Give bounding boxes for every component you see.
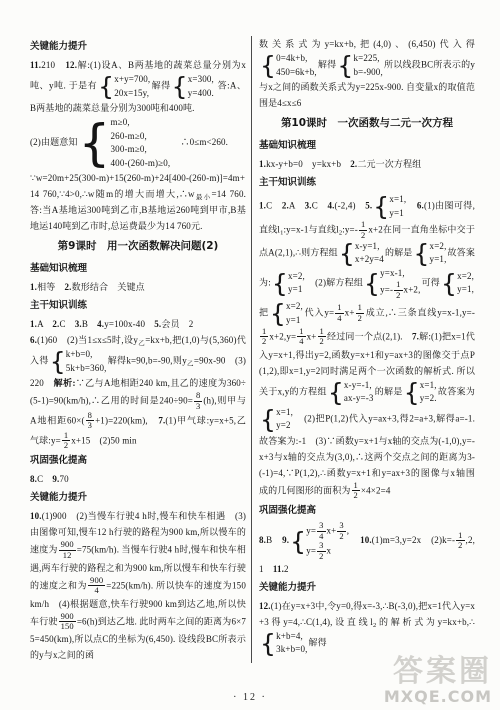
left-brace-glyph: { bbox=[272, 273, 288, 294]
fraction-denominator: 4 bbox=[88, 586, 105, 595]
section-heading: 第10课时 一次函数与二元一次方程 bbox=[259, 112, 475, 135]
problem-number: 7. bbox=[158, 415, 165, 425]
answer-paragraph: 8.B 9.{y=34x+32,y=32x 10.(1)m=3,y=2x (2)… bbox=[259, 521, 475, 576]
fraction: 12 bbox=[456, 531, 464, 551]
equation-system: {x-y=1,x+2y=4 bbox=[339, 240, 384, 267]
equation-line: y=34x+32, bbox=[306, 521, 349, 541]
fraction: 32 bbox=[317, 541, 325, 561]
fraction-denominator: 2 bbox=[62, 441, 70, 450]
equation-system: {x=300,y=400. bbox=[172, 73, 214, 100]
answer-paragraph: 12.(1)在y=x+3中,令y=0,得x=-3,∴B(-3,0),把x=1代入… bbox=[259, 598, 475, 657]
problem-number: 8. bbox=[30, 474, 37, 484]
equation-system: {x=2,y=1, bbox=[441, 270, 474, 297]
equation-line: k=225, bbox=[353, 52, 382, 66]
equation-stack: x+y=700,20x=15y, bbox=[114, 73, 150, 100]
equation-system: {x=2,y=1, bbox=[413, 240, 446, 267]
left-brace-glyph: { bbox=[337, 55, 353, 76]
equation-stack: x=2,y=1, bbox=[430, 240, 447, 267]
equation-line: y=1 bbox=[286, 314, 303, 328]
fraction: 14 bbox=[297, 327, 305, 347]
problem-number: 2. bbox=[282, 201, 289, 211]
section-heading: 巩固强化提高 bbox=[259, 501, 475, 520]
workbook-answer-page: 关键能力提升11.210 12.解:(1)设A、B两基地的蔬菜总量分别为x吨、y… bbox=[0, 0, 500, 710]
fraction: 12 bbox=[394, 280, 402, 300]
equation-stack: m≥0,260-m≥0,300-m≥0,400-(260-m)≥0, bbox=[111, 116, 171, 170]
fraction: 12 bbox=[62, 431, 70, 451]
section-heading: 关键能力提升 bbox=[30, 488, 246, 507]
answer-paragraph: 6.(1)60 (2)当1≤x≤5时,设y乙=kx+b,把(1,0)与(5,36… bbox=[30, 332, 246, 450]
equation-line: ax-y=-3 bbox=[344, 392, 374, 406]
equation-line: x=1, bbox=[389, 193, 406, 207]
equation-system: {x=1,y=1 bbox=[373, 193, 406, 220]
fraction-denominator: 2 bbox=[260, 337, 268, 346]
equation-line: x=1, bbox=[420, 379, 437, 393]
section-heading: 关键能力提升 bbox=[259, 578, 475, 597]
answer-paragraph: ∵w=20m+25(300-m)+15(260-m)+24[400-(260-m… bbox=[30, 170, 246, 234]
problem-number: 6. bbox=[30, 335, 37, 345]
equation-system: {x-y=-1,ax-y=-3 bbox=[328, 379, 374, 406]
equation-line: k+b=0, bbox=[66, 348, 107, 362]
two-column-layout: 关键能力提升11.210 12.解:(1)设A、B两基地的蔬菜总量分别为x吨、y… bbox=[30, 36, 480, 663]
equation-line: x=2, bbox=[286, 300, 303, 314]
problem-number: 1. bbox=[30, 282, 37, 292]
fraction-denominator: 2 bbox=[394, 291, 402, 300]
equation-system: {x=2,y=1 bbox=[270, 300, 303, 327]
problem-number: 4. bbox=[327, 201, 334, 211]
section-heading: 巩固强化提高 bbox=[30, 451, 246, 470]
left-brace-glyph: { bbox=[260, 633, 276, 654]
equation-system: {k+b=4,3k+b=0, bbox=[260, 630, 308, 657]
problem-number: 4. bbox=[97, 319, 104, 329]
equation-line: y=1 bbox=[389, 207, 406, 221]
equation-system: {y=34x+32,y=32x bbox=[290, 521, 349, 560]
equation-line: y=400. bbox=[188, 87, 214, 101]
left-brace-glyph: { bbox=[373, 196, 389, 217]
fraction: 12 bbox=[318, 327, 326, 347]
fraction-denominator: 2 bbox=[352, 491, 360, 500]
fraction: 83 bbox=[194, 391, 202, 411]
answer-paragraph: 1.相等 2.数形结合 关键点 bbox=[30, 279, 246, 295]
equation-line: 400-(260-m)≥0, bbox=[111, 157, 171, 171]
equation-line: x+2y=4 bbox=[355, 253, 384, 267]
fraction-denominator: 150 bbox=[59, 622, 76, 631]
equation-line: x=2, bbox=[430, 240, 447, 254]
left-brace-glyph: { bbox=[270, 303, 286, 324]
equation-line: x=2, bbox=[288, 270, 305, 284]
equation-stack: x-y=1,x+2y=4 bbox=[355, 240, 384, 267]
problem-number: 5. bbox=[154, 319, 161, 329]
equation-system: {x=1,y=2 bbox=[260, 406, 293, 433]
left-brace-glyph: { bbox=[172, 76, 188, 97]
left-brace-glyph: { bbox=[50, 351, 66, 372]
equation-line: m≥0, bbox=[111, 116, 171, 130]
equation-line: y=-12x+2, bbox=[380, 280, 420, 300]
equation-system: {y=x-1,y=-12x+2, bbox=[364, 267, 420, 300]
equation-line: 260-m≥0, bbox=[111, 130, 171, 144]
problem-number: 8. bbox=[259, 535, 266, 545]
left-brace-glyph: { bbox=[413, 243, 429, 264]
equation-line: 5k+b=360, bbox=[66, 362, 107, 376]
equation-line: k+b=4, bbox=[276, 630, 307, 644]
problem-number: 3. bbox=[305, 201, 312, 211]
answer-paragraph: 1.C 2.A 3.C 4.(-2,4) 5.{x=1,y=1 6.(1)由图可… bbox=[259, 193, 475, 500]
equation-line: y=2 bbox=[276, 419, 293, 433]
equation-stack: x=300,y=400. bbox=[188, 73, 214, 100]
problem-number: 5. bbox=[365, 201, 372, 211]
answer-paragraph: (2)由题意知{m≥0,260-m≥0,300-m≥0,400-(260-m)≥… bbox=[30, 116, 246, 170]
answer-paragraph: 数关系式为y=kx+b,把(4,0)、(6,450)代入得{0=4k+b,450… bbox=[259, 36, 475, 111]
fraction-denominator: 3 bbox=[194, 402, 202, 411]
equation-stack: y=34x+32,y=32x bbox=[306, 521, 349, 560]
equation-line: x-y=1, bbox=[355, 240, 384, 254]
equation-stack: x=1,y=2 bbox=[276, 406, 293, 433]
equation-stack: k=225,b=-900, bbox=[353, 52, 382, 79]
equation-line: 20x=15y, bbox=[114, 87, 150, 101]
left-brace-glyph: { bbox=[79, 122, 111, 165]
fraction-denominator: 12 bbox=[59, 551, 76, 560]
fraction-numerator: 1 bbox=[359, 220, 367, 230]
problem-number: 12. bbox=[259, 601, 271, 611]
equation-system: {x=1,y=2. bbox=[404, 379, 437, 406]
answer-paragraph: 1.A 2.C 3.B 4.y=100x-40 5.会员 2 bbox=[30, 316, 246, 332]
problem-number: 10. bbox=[360, 535, 372, 545]
equation-line: y=1, bbox=[430, 253, 447, 267]
left-column: 关键能力提升11.210 12.解:(1)设A、B两基地的蔬菜总量分别为x吨、y… bbox=[30, 36, 246, 663]
equation-line: y=2. bbox=[420, 392, 437, 406]
equation-stack: x=2,y=1 bbox=[286, 300, 303, 327]
equation-stack: k+b=4,3k+b=0, bbox=[276, 630, 307, 657]
equation-line: y=x-1, bbox=[380, 267, 420, 281]
problem-number: 11. bbox=[273, 564, 284, 574]
answer-paragraph: 10.(1)900 (2)当慢车行驶4 h时,慢车和快车相遇 (3)由图像可知,… bbox=[30, 508, 246, 663]
subscript: 1 bbox=[280, 229, 283, 236]
fraction-denominator: 2 bbox=[318, 337, 326, 346]
fraction: 90012 bbox=[59, 540, 76, 560]
problem-number: 12. bbox=[65, 60, 77, 70]
section-heading: 主干知识训练 bbox=[30, 296, 246, 315]
problem-number: 1. bbox=[30, 319, 37, 329]
equation-line: x=1, bbox=[276, 406, 293, 420]
equation-line: y=1, bbox=[457, 283, 474, 297]
equation-stack: k+b=0,5k+b=360, bbox=[66, 348, 107, 375]
equation-stack: x=1,y=1 bbox=[389, 193, 406, 220]
equation-line: 300-m≥0, bbox=[111, 143, 171, 157]
fraction-denominator: 2 bbox=[356, 314, 364, 323]
equation-line: x=2, bbox=[457, 270, 474, 284]
equation-line: y=32x bbox=[306, 541, 349, 561]
equation-line: 3k+b=0, bbox=[276, 643, 307, 657]
equation-line: 450=6k+b, bbox=[276, 66, 317, 80]
left-brace-glyph: { bbox=[364, 273, 380, 294]
problem-number: 2. bbox=[350, 159, 357, 169]
fraction-denominator: 2 bbox=[317, 552, 325, 561]
equation-system: {k+b=0,5k+b=360, bbox=[50, 348, 107, 375]
left-brace-glyph: { bbox=[260, 409, 276, 430]
problem-number: 10. bbox=[30, 511, 42, 521]
fraction: 32 bbox=[337, 521, 345, 541]
fraction: 9004 bbox=[88, 576, 105, 596]
left-brace-glyph: { bbox=[441, 273, 457, 294]
fraction-denominator: 4 bbox=[297, 337, 305, 346]
problem-number: 1. bbox=[259, 201, 266, 211]
left-brace-glyph: { bbox=[339, 243, 355, 264]
right-column: 数关系式为y=kx+b,把(4,0)、(6,450)代入得{0=4k+b,450… bbox=[259, 36, 475, 663]
fraction-denominator: 2 bbox=[456, 541, 464, 550]
fraction-denominator: 2 bbox=[359, 231, 367, 240]
section-heading: 基础知识梳理 bbox=[30, 259, 246, 278]
fraction-denominator: 2 bbox=[337, 532, 345, 541]
fraction: 34 bbox=[317, 521, 325, 541]
subscript: 乙 bbox=[187, 361, 194, 368]
fraction: 12 bbox=[352, 481, 360, 501]
problem-number: 1. bbox=[259, 159, 266, 169]
subscript: 2 bbox=[339, 229, 342, 236]
equation-system: {0=4k+b,450=6k+b, bbox=[260, 52, 317, 79]
left-brace-glyph: { bbox=[290, 531, 306, 552]
answer-paragraph: 1.kx-y+b=0 y=kx+b 2.二元一次方程组 bbox=[259, 156, 475, 172]
section-heading: 主干知识训练 bbox=[259, 173, 475, 192]
equation-line: x-y=-1, bbox=[344, 379, 374, 393]
section-heading: 关键能力提升 bbox=[30, 37, 246, 56]
fraction-denominator: 3 bbox=[86, 421, 94, 430]
problem-number: 11. bbox=[30, 60, 41, 70]
equation-line: y=1 bbox=[288, 283, 305, 297]
equation-line: b=-900, bbox=[353, 66, 382, 80]
section-heading: 第9课时 用一次函数解决问题(2) bbox=[30, 235, 246, 258]
subscript: 最小 bbox=[195, 194, 212, 201]
equation-system: {x+y=700,20x=15y, bbox=[98, 73, 150, 100]
left-brace-glyph: { bbox=[98, 76, 114, 97]
problem-number: 6. bbox=[417, 201, 424, 211]
equation-system: {m≥0,260-m≥0,300-m≥0,400-(260-m)≥0, bbox=[79, 116, 171, 170]
column-divider bbox=[251, 36, 252, 663]
fraction: 12 bbox=[260, 327, 268, 347]
fraction-denominator: 4 bbox=[335, 314, 343, 323]
fraction: 12 bbox=[356, 303, 364, 323]
equation-stack: x-y=-1,ax-y=-3 bbox=[344, 379, 374, 406]
equation-stack: x=1,y=2. bbox=[420, 379, 437, 406]
fraction: 83 bbox=[86, 411, 94, 431]
equation-system: {k=225,b=-900, bbox=[337, 52, 382, 79]
problem-number: 9. bbox=[282, 535, 289, 545]
problem-number: 3. bbox=[75, 319, 82, 329]
equation-stack: x=2,y=1, bbox=[457, 270, 474, 297]
subscript: 乙 bbox=[138, 340, 145, 347]
fraction-numerator: 3 bbox=[317, 541, 325, 551]
section-heading: 基础知识梳理 bbox=[259, 136, 475, 155]
page-number: · 12 · bbox=[0, 692, 500, 703]
fraction: 14 bbox=[335, 303, 343, 323]
equation-line: 0=4k+b, bbox=[276, 52, 317, 66]
problem-number: 2. bbox=[52, 319, 59, 329]
problem-number: 7. bbox=[412, 331, 419, 341]
equation-line: x=300, bbox=[188, 73, 214, 87]
problem-number: 2. bbox=[65, 282, 72, 292]
equation-stack: y=x-1,y=-12x+2, bbox=[380, 267, 420, 300]
answer-paragraph: 11.210 12.解:(1)设A、B两基地的蔬菜总量分别为x吨、y吨. 于是有… bbox=[30, 57, 246, 116]
problem-number: 9. bbox=[52, 474, 59, 484]
answer-paragraph: 8.C 9.70 bbox=[30, 471, 246, 487]
subscript: 2 bbox=[373, 622, 376, 629]
left-brace-glyph: { bbox=[260, 55, 276, 76]
fraction: 12 bbox=[359, 220, 367, 240]
left-brace-glyph: { bbox=[404, 382, 420, 403]
fraction: 900150 bbox=[59, 612, 76, 632]
equation-line: x+y=700, bbox=[114, 73, 150, 87]
left-brace-glyph: { bbox=[328, 382, 344, 403]
equation-stack: 0=4k+b,450=6k+b, bbox=[276, 52, 317, 79]
equation-stack: x=2,y=1 bbox=[288, 270, 305, 297]
problem-number: 解析: bbox=[54, 378, 76, 388]
equation-system: {x=2,y=1 bbox=[272, 270, 305, 297]
